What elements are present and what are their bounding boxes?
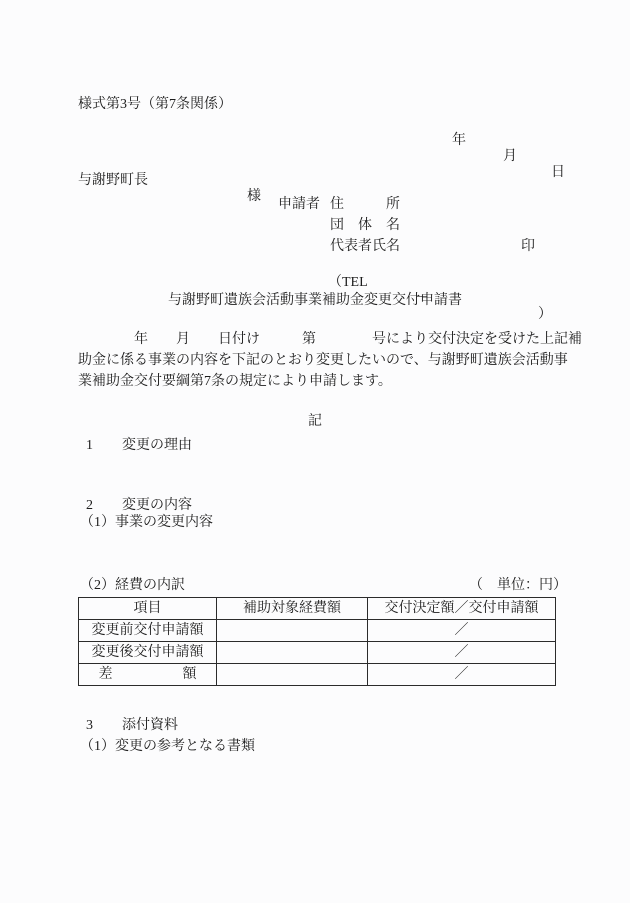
body-line: 業補助金交付要綱第7条の規定により申請します。: [78, 371, 578, 392]
section-3-1-label: （1）変更の参考となる書類: [80, 739, 255, 755]
table-header-item: 項目: [79, 598, 217, 620]
tel-close-paren: ）: [538, 307, 552, 323]
recipient-name: 与謝野町長: [78, 173, 148, 189]
table-header-row: 項目 補助対象経費額 交付決定額／交付申請額: [79, 598, 556, 620]
date-line: 年 月 日: [0, 117, 630, 133]
form-number: 様式第3号（第7条関係）: [78, 97, 232, 113]
body-line: 助金に係る事業の内容を下記のとおり変更したいので、与謝野町遺族会活動事: [78, 350, 578, 371]
body-line: 年 月 日付け 第 号により交付決定を受けた上記補: [78, 329, 578, 350]
section-1-heading: 1変更の理由: [86, 438, 192, 454]
tel-open-label: （TEL: [328, 275, 368, 291]
decision-cell: ／: [368, 620, 556, 642]
section-2-text: 変更の内容: [122, 498, 192, 513]
recipient-honorific: 様: [247, 189, 261, 205]
note-marker: 記: [0, 414, 630, 430]
table-row: 変更前交付申請額 ／: [79, 620, 556, 642]
table-row: 変更後交付申請額 ／: [79, 642, 556, 664]
section-3-number: 3: [86, 718, 122, 734]
table-header-decision: 交付決定額／交付申請額: [368, 598, 556, 620]
unit-note: （ 単位：円）: [469, 578, 567, 594]
applicant-label: 申請者: [278, 197, 320, 213]
applicant-rep-label: 代表者氏名: [330, 239, 400, 255]
expense-cell: [217, 620, 368, 642]
decision-cell: ／: [368, 664, 556, 686]
section-3-text: 添付資料: [122, 718, 178, 733]
section-1-number: 1: [86, 438, 122, 454]
decision-cell: ／: [368, 642, 556, 664]
table-row: 差 額 ／: [79, 664, 556, 686]
table-header-expense: 補助対象経費額: [217, 598, 368, 620]
expense-cell: [217, 664, 368, 686]
document-page: 様式第3号（第7条関係） 年 月 日 与謝野町長 様 申請者 住 所 団 体 名…: [0, 0, 630, 903]
tel-line: （TEL － ）: [328, 259, 552, 275]
date-year-label: 年: [452, 133, 466, 149]
section-2-number: 2: [86, 498, 122, 514]
recipient-line: 与謝野町長 様: [0, 157, 630, 173]
row-label: 変更前交付申請額: [79, 620, 217, 642]
cost-table: 項目 補助対象経費額 交付決定額／交付申請額 変更前交付申請額 ／ 変更後交付申…: [78, 597, 556, 686]
body-paragraph: 年 月 日付け 第 号により交付決定を受けた上記補 助金に係る事業の内容を下記の…: [78, 329, 578, 392]
seal-mark: 印: [521, 239, 535, 255]
applicant-org-label: 団 体 名: [330, 218, 400, 234]
section-2-1-label: （1）事業の変更内容: [80, 515, 213, 531]
section-3-heading: 3添付資料: [86, 718, 178, 734]
section-2-heading: 2変更の内容: [86, 498, 192, 514]
section-1-text: 変更の理由: [122, 438, 192, 453]
document-title: 与謝野町遺族会活動事業補助金変更交付申請書: [0, 293, 630, 309]
expense-cell: [217, 642, 368, 664]
row-label: 差 額: [79, 664, 217, 686]
section-2-2-label: （2）経費の内訳: [80, 578, 185, 594]
applicant-address-label: 住 所: [330, 197, 400, 213]
row-label: 変更後交付申請額: [79, 642, 217, 664]
